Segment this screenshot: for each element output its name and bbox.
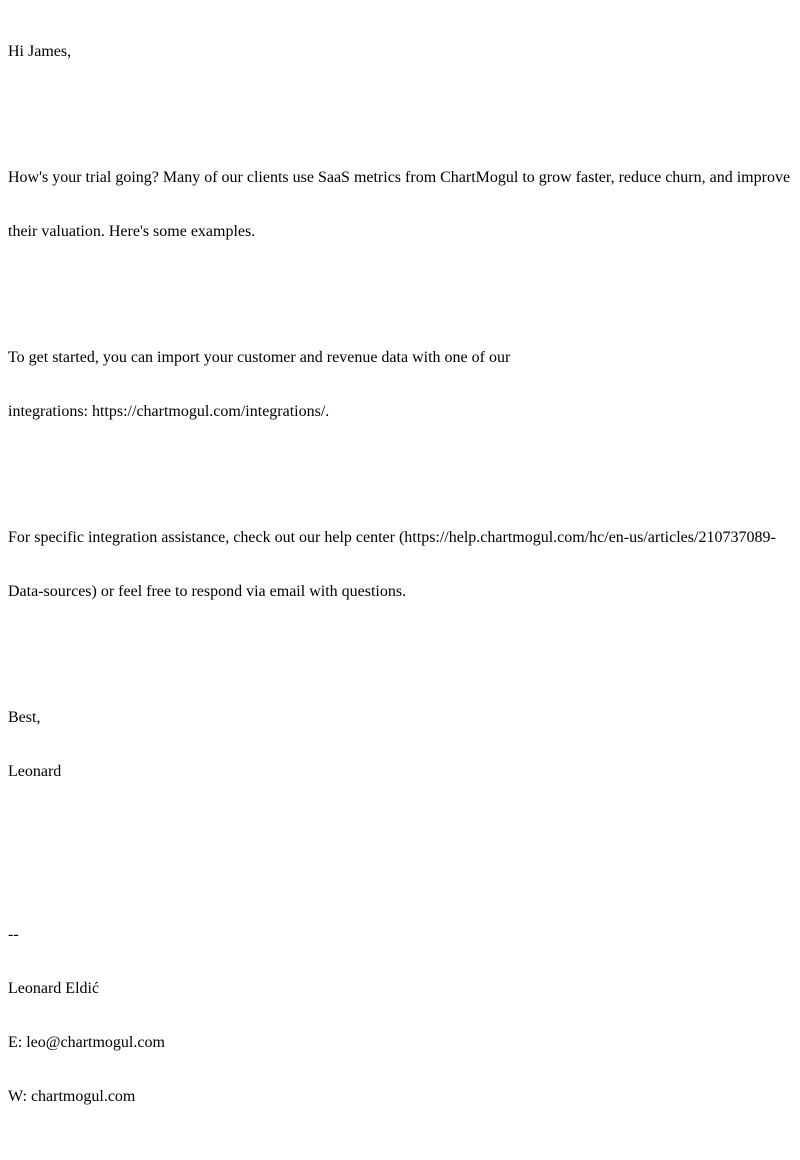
closing: Best, (8, 709, 792, 727)
email-body: Hi James, How's your trial going? Many o… (0, 0, 800, 1160)
sender-first-name: Leonard (8, 763, 792, 781)
signature-separator: -- (8, 926, 792, 944)
paragraph-2-line-2-integrations-link: integrations: https://chartmogul.com/int… (8, 403, 792, 421)
paragraph-3-line-2: Data-sources) or feel free to respond vi… (8, 583, 792, 601)
signature-full-name: Leonard Eldić (8, 980, 792, 998)
signature: -- Leonard Eldić E: leo@chartmogul.com W… (8, 890, 792, 1142)
paragraph-spacer (8, 97, 792, 115)
paragraph-1-line-1: How's your trial going? Many of our clie… (8, 169, 792, 187)
paragraph-spacer (8, 277, 792, 295)
paragraph-1-line-2: their valuation. Here's some examples. (8, 223, 792, 241)
greeting: Hi James, (8, 43, 792, 61)
paragraph-3-line-1-help-center: For specific integration assistance, che… (8, 529, 792, 547)
paragraph-spacer (8, 457, 792, 475)
signature-email: E: leo@chartmogul.com (8, 1034, 792, 1052)
signature-spacer (8, 817, 792, 836)
paragraph-2-line-1: To get started, you can import your cust… (8, 349, 792, 367)
paragraph-spacer (8, 637, 792, 655)
signature-website: W: chartmogul.com (8, 1088, 792, 1106)
